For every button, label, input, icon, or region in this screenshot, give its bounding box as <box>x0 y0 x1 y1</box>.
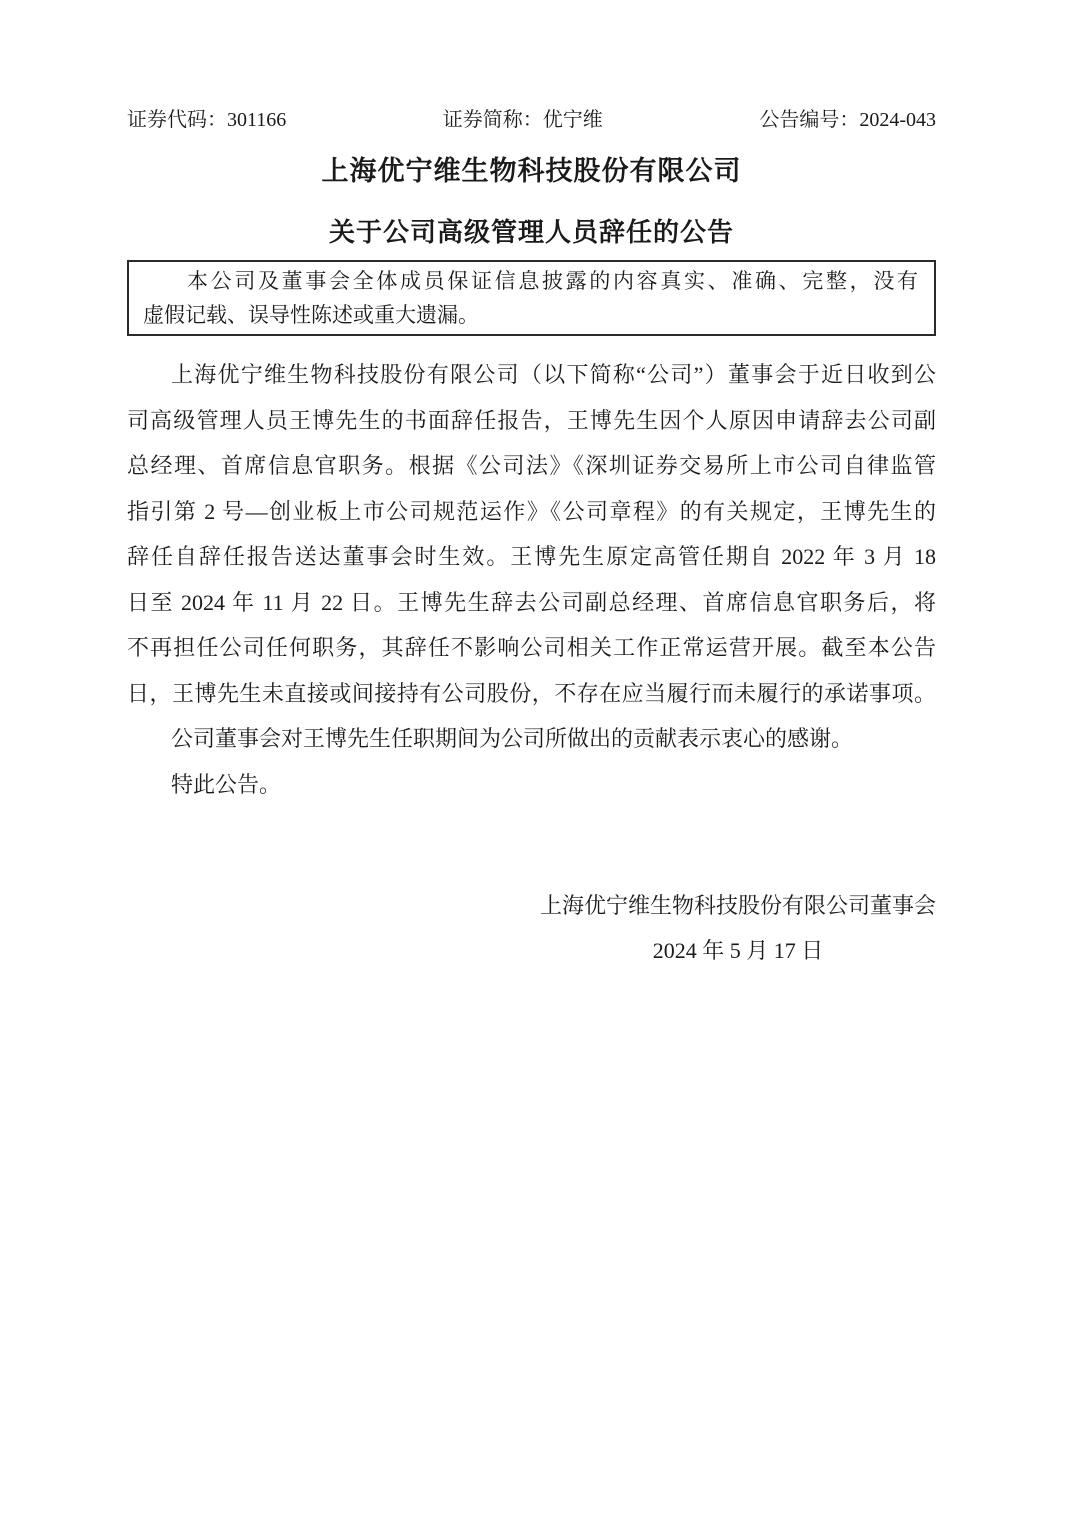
signature-block: 上海优宁维生物科技股份有限公司董事会 2024 年 5 月 17 日 <box>540 883 936 973</box>
text-line: 不再担任公司任何职务，其辞任不影响公司相关工作正常运营开展。截至本公告 <box>127 625 936 671</box>
text-line: 本公司及董事会全体成员保证信息披露的内容真实、准确、完整，没有 <box>143 264 918 298</box>
text-line: 日，王博先生未直接或间接持有公司股份，不存在应当履行而未履行的承诺事项。 <box>127 671 936 717</box>
announcement-title: 关于公司高级管理人员辞任的公告 <box>127 214 936 252</box>
announcement-number-label: 公告编号：2024-043 <box>759 108 936 132</box>
board-statement-box: 本公司及董事会全体成员保证信息披露的内容真实、准确、完整，没有虚假记载、误导性陈… <box>127 260 936 336</box>
stock-abbr-label: 证券简称：优宁维 <box>443 108 603 132</box>
doc-header: 证券代码：301166 证券简称：优宁维 公告编号：2024-043 <box>127 108 936 132</box>
text-line: 总经理、首席信息官职务。根据《公司法》《深圳证券交易所上市公司自律监管 <box>127 443 936 489</box>
text-line: 司高级管理人员王博先生的书面辞任报告，王博先生因个人原因申请辞去公司副 <box>127 398 936 444</box>
paragraph-resignation-details: 上海优宁维生物科技股份有限公司（以下简称“公司”）董事会于近日收到公司高级管理人… <box>127 352 936 716</box>
text-line: 日至 2024 年 11 月 22 日。王博先生辞去公司副总经理、首席信息官职务… <box>127 580 936 626</box>
text-line: 指引第 2 号—创业板上市公司规范运作》《公司章程》的有关规定，王博先生的 <box>127 489 936 535</box>
text-line: 公司董事会对王博先生任职期间为公司所做出的贡献表示衷心的感谢。 <box>127 716 936 762</box>
stock-code-label: 证券代码：301166 <box>127 108 286 132</box>
paragraph-closing: 特此公告。 <box>127 762 936 808</box>
signature-date: 2024 年 5 月 17 日 <box>540 928 936 973</box>
paragraph-board-thanks: 公司董事会对王博先生任职期间为公司所做出的贡献表示衷心的感谢。 <box>127 716 936 762</box>
company-name-title: 上海优宁维生物科技股份有限公司 <box>127 152 936 190</box>
text-line: 上海优宁维生物科技股份有限公司（以下简称“公司”）董事会于近日收到公 <box>127 352 936 398</box>
announcement-document: 证券代码：301166 证券简称：优宁维 公告编号：2024-043 上海优宁维… <box>0 0 1080 1527</box>
text-line: 虚假记载、误导性陈述或重大遗漏。 <box>143 298 918 332</box>
text-line: 特此公告。 <box>127 762 936 808</box>
text-line: 辞任自辞任报告送达董事会时生效。王博先生原定高管任期自 2022 年 3 月 1… <box>127 534 936 580</box>
signature-issuer: 上海优宁维生物科技股份有限公司董事会 <box>540 883 936 928</box>
announcement-body: 上海优宁维生物科技股份有限公司（以下简称“公司”）董事会于近日收到公司高级管理人… <box>127 352 936 807</box>
